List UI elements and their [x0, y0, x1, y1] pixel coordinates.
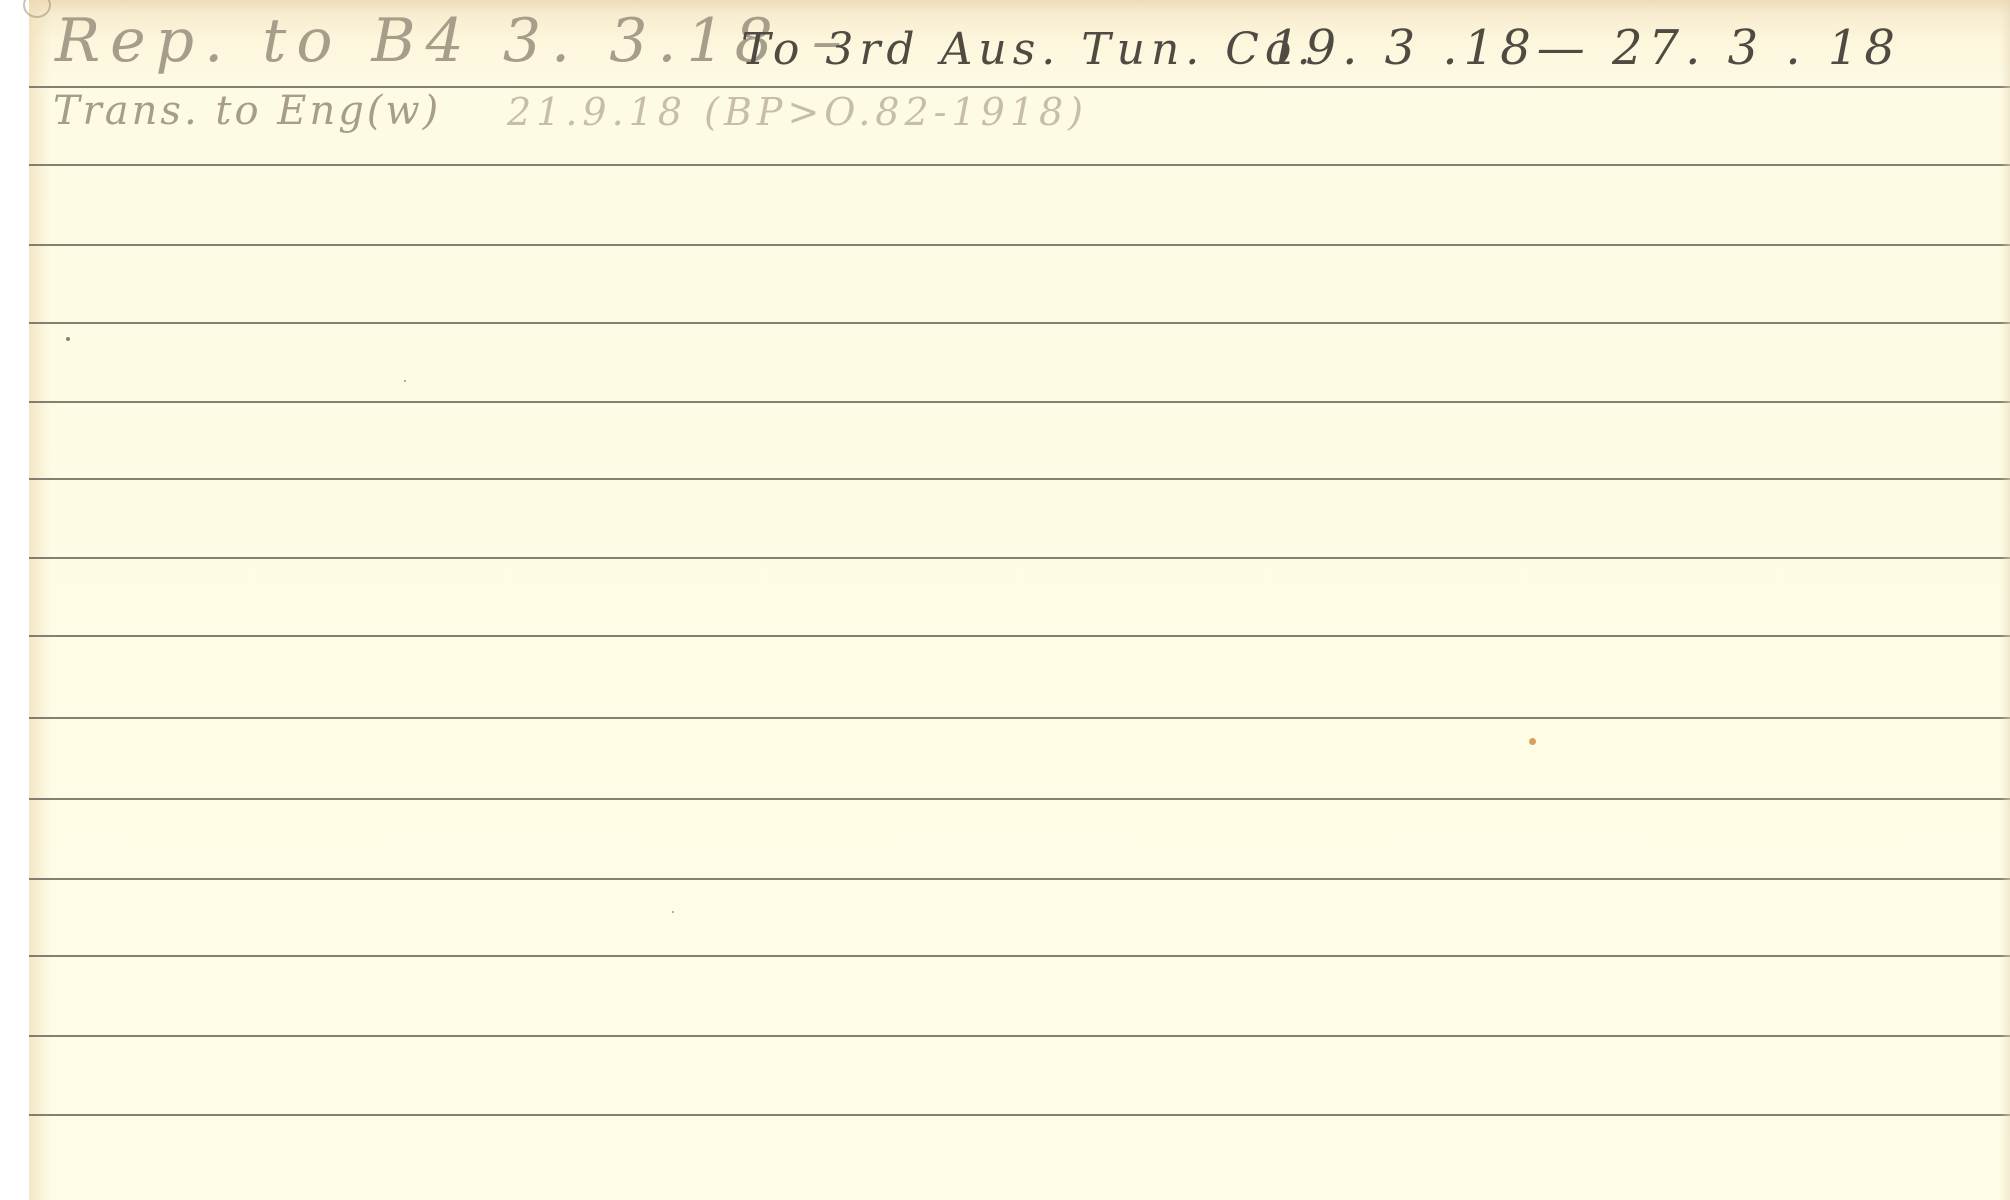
entry-transfer-reference: 21.9.18 (BP>O.82-1918)	[507, 90, 1088, 134]
corner-stamp-mark	[23, 0, 51, 18]
entry-unit-assignment: To 3rd Aus. Tun. Co.	[741, 24, 1317, 75]
ruled-line	[29, 164, 2010, 166]
paper-speck	[66, 337, 70, 341]
ruled-line	[29, 244, 2010, 246]
record-card: Rep. to B4 3. 3.18 – To 3rd Aus. Tun. Co…	[29, 0, 2010, 1200]
ruled-line	[29, 401, 2010, 403]
ruled-line	[29, 878, 2010, 880]
ruled-line	[29, 717, 2010, 719]
entry-transfer: Trans. to Eng(w)	[53, 88, 441, 134]
ruled-line	[29, 322, 2010, 324]
ruled-line	[29, 798, 2010, 800]
paper-speck	[404, 380, 406, 382]
entry-date-range: 19. 3 .18— 27. 3 . 18	[1269, 20, 1901, 76]
ruled-line	[29, 955, 2010, 957]
paper-speck	[1529, 738, 1536, 745]
entry-reported-to: Rep. to B4 3. 3.18 –	[55, 6, 852, 76]
ruled-line	[29, 1114, 2010, 1116]
ruled-line	[29, 557, 2010, 559]
ruled-line	[29, 1035, 2010, 1037]
ruled-line	[29, 635, 2010, 637]
paper-speck	[672, 911, 674, 913]
ruled-line	[29, 478, 2010, 480]
